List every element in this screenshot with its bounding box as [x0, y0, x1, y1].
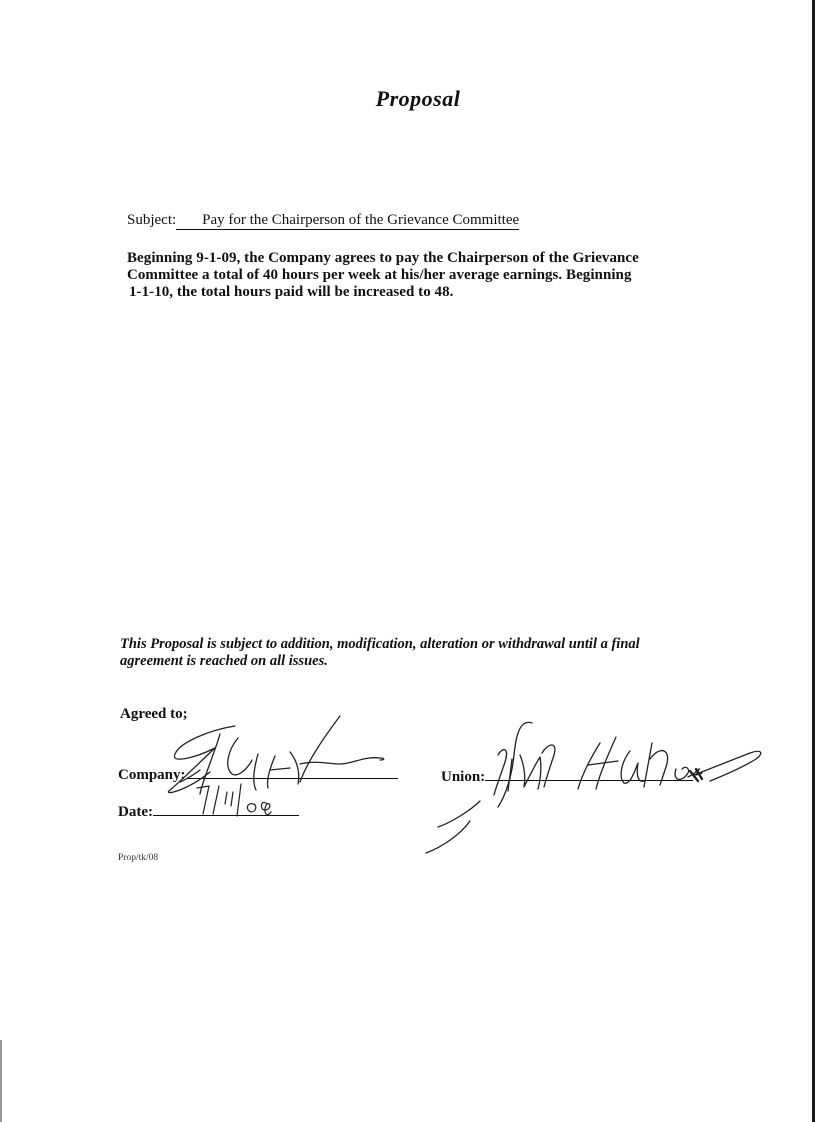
subject-label: Subject:	[127, 212, 176, 228]
body-line: Beginning 9-1-09, the Company agrees to …	[127, 250, 687, 267]
document-code: Prop/tk/08	[118, 853, 158, 863]
disclaimer: This Proposal is subject to addition, mo…	[120, 636, 740, 670]
handwritten-date-icon	[195, 780, 285, 825]
proposal-body: Beginning 9-1-09, the Company agrees to …	[127, 250, 687, 301]
subject-line: Subject:Pay for the Chairperson of the G…	[127, 212, 519, 230]
disclaimer-line: agreement is reached on all issues.	[120, 653, 740, 670]
body-line: 1-1-10, the total hours paid will be inc…	[127, 284, 687, 301]
scan-edge-right	[812, 0, 815, 1122]
union-signature-icon	[420, 715, 770, 855]
page-title: Proposal	[0, 86, 816, 112]
scan-edge-left	[0, 1040, 2, 1122]
subject-value: Pay for the Chairperson of the Grievance…	[176, 212, 519, 230]
body-line: Committee a total of 40 hours per week a…	[127, 267, 687, 284]
disclaimer-line: This Proposal is subject to addition, mo…	[120, 636, 740, 653]
